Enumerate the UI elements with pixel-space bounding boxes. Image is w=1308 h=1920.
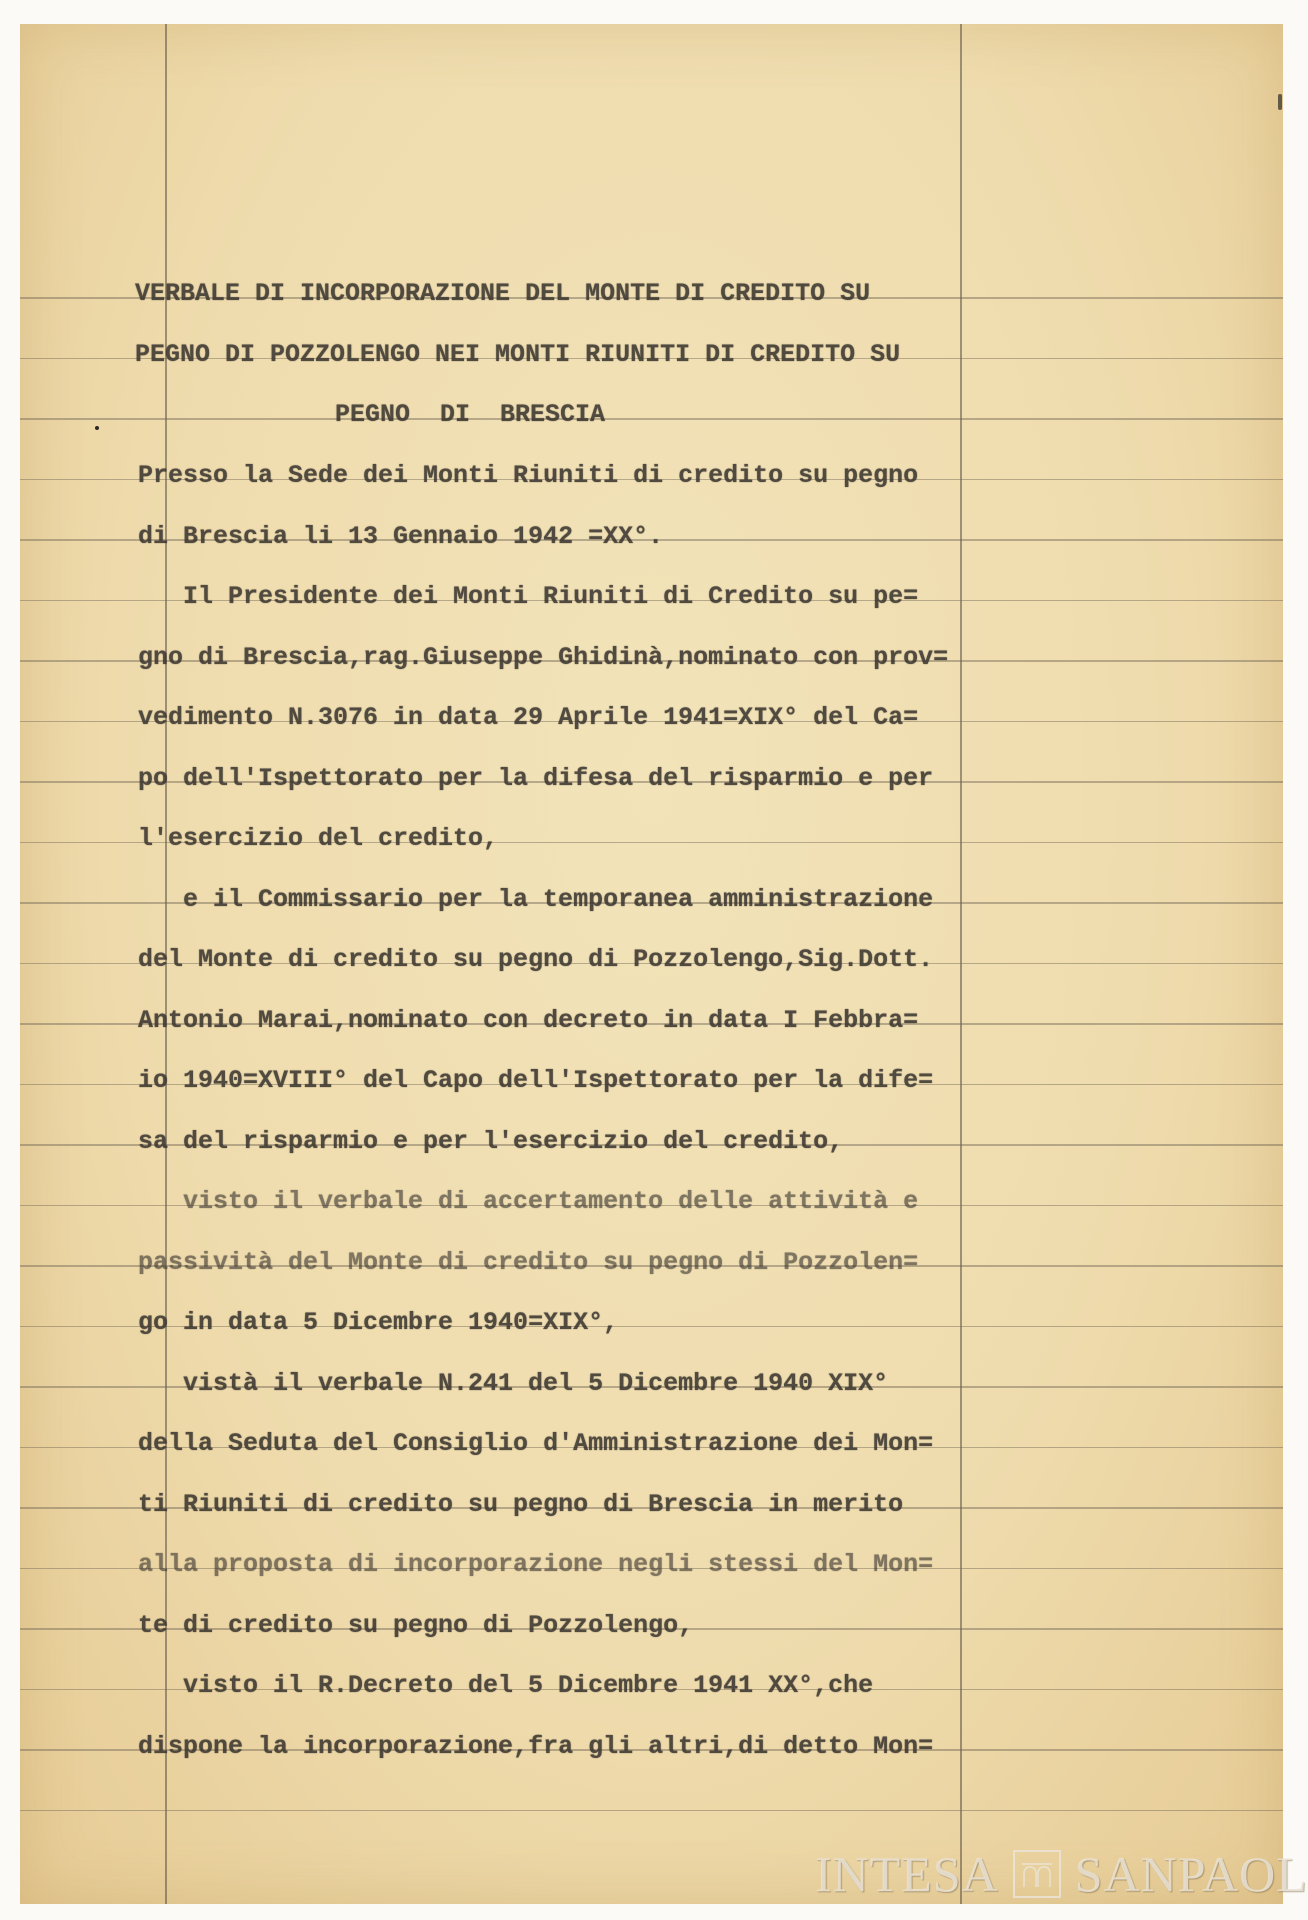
right-margin-line — [960, 24, 962, 1904]
watermark-right-text: SANPAOLO — [1075, 1845, 1308, 1903]
document-line: visto il R.Decreto del 5 Dicembre 1941 X… — [183, 1671, 873, 1701]
document-line: sa del risparmio e per l'esercizio del c… — [138, 1127, 843, 1157]
watermark: INTESA SANPAOLO — [815, 1845, 1308, 1903]
document-line: io 1940=XVIII° del Capo dell'Ispettorato… — [138, 1066, 933, 1096]
title-line-1: VERBALE DI INCORPORAZIONE DEL MONTE DI C… — [135, 279, 870, 309]
document-line: gno di Brescia,rag.Giuseppe Ghidinà,nomi… — [138, 643, 948, 673]
document-line: alla proposta di incorporazione negli st… — [138, 1550, 933, 1580]
title-line-2: PEGNO DI POZZOLENGO NEI MONTI RIUNITI DI… — [135, 340, 900, 370]
title-line-3: PEGNO DI BRESCIA — [335, 400, 605, 430]
arches-logo-icon — [1013, 1850, 1061, 1898]
ruled-line — [20, 418, 1283, 420]
edge-mark — [1278, 94, 1282, 110]
document-page: VERBALE DI INCORPORAZIONE DEL MONTE DI C… — [20, 24, 1283, 1904]
document-line: Presso la Sede dei Monti Riuniti di cred… — [138, 461, 918, 491]
document-line: go in data 5 Dicembre 1940=XIX°, — [138, 1308, 618, 1338]
document-line: Antonio Marai,nominato con decreto in da… — [138, 1006, 918, 1036]
document-line: vistà il verbale N.241 del 5 Dicembre 19… — [183, 1369, 888, 1399]
document-line: della Seduta del Consiglio d'Amministraz… — [138, 1429, 933, 1459]
document-line: visto il verbale di accertamento delle a… — [183, 1187, 918, 1217]
document-line: l'esercizio del credito, — [138, 824, 498, 854]
document-line: vedimento N.3076 in data 29 Aprile 1941=… — [138, 703, 918, 733]
ruled-line — [20, 1810, 1283, 1812]
document-line: del Monte di credito su pegno di Pozzole… — [138, 945, 933, 975]
watermark-left-text: INTESA — [815, 1845, 999, 1903]
document-line: po dell'Ispettorato per la difesa del ri… — [138, 764, 933, 794]
document-line: di Brescia li 13 Gennaio 1942 =XX°. — [138, 522, 663, 552]
document-line: passività del Monte di credito su pegno … — [138, 1248, 918, 1278]
document-line: te di credito su pegno di Pozzolengo, — [138, 1611, 693, 1641]
ink-dot — [95, 426, 99, 430]
document-line: dispone la incorporazione,fra gli altri,… — [138, 1732, 933, 1762]
document-line: Il Presidente dei Monti Riuniti di Credi… — [183, 582, 918, 612]
document-line: e il Commissario per la temporanea ammin… — [183, 885, 933, 915]
document-line: ti Riuniti di credito su pegno di Bresci… — [138, 1490, 903, 1520]
